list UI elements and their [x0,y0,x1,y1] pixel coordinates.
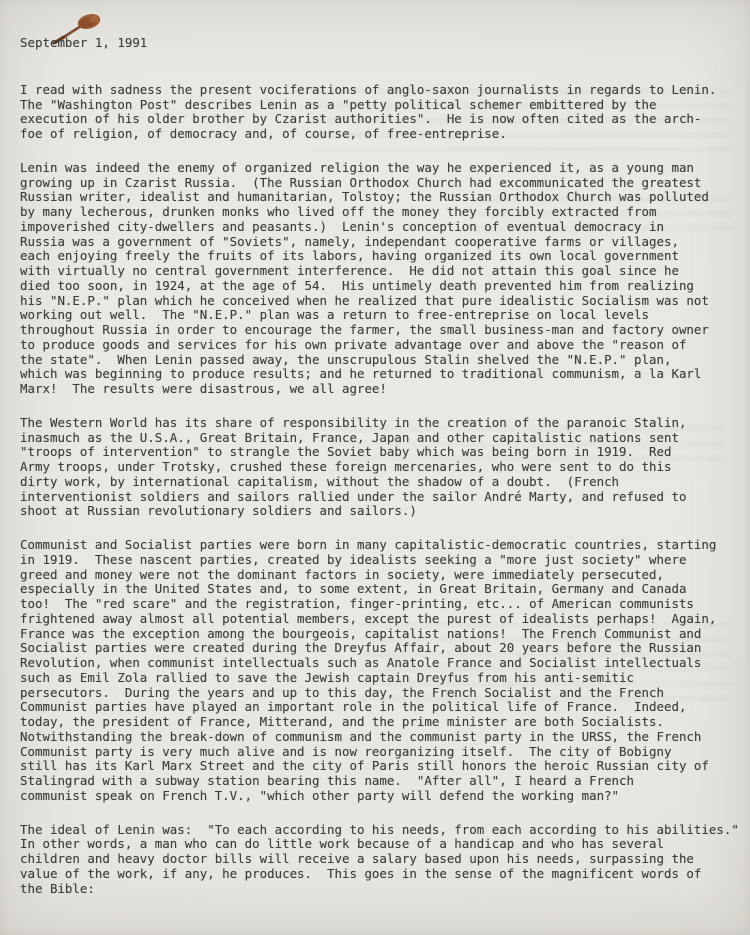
letter-body: September 1, 1991 I read with sadness th… [20,36,744,915]
paragraph-ideal-of-lenin: The ideal of Lenin was: "To each accordi… [20,823,744,897]
paragraph-communist-socialist-parties: Communist and Socialist parties were bor… [20,538,744,804]
paragraph-journalists: I read with sadness the present vocifera… [20,83,744,142]
date-line: September 1, 1991 [20,36,744,51]
letter-page: September 1, 1991 I read with sadness th… [0,0,750,935]
paragraph-western-world: The Western World has its share of respo… [20,416,744,519]
paragraph-lenin-religion-nep: Lenin was indeed the enemy of organized … [20,161,744,397]
